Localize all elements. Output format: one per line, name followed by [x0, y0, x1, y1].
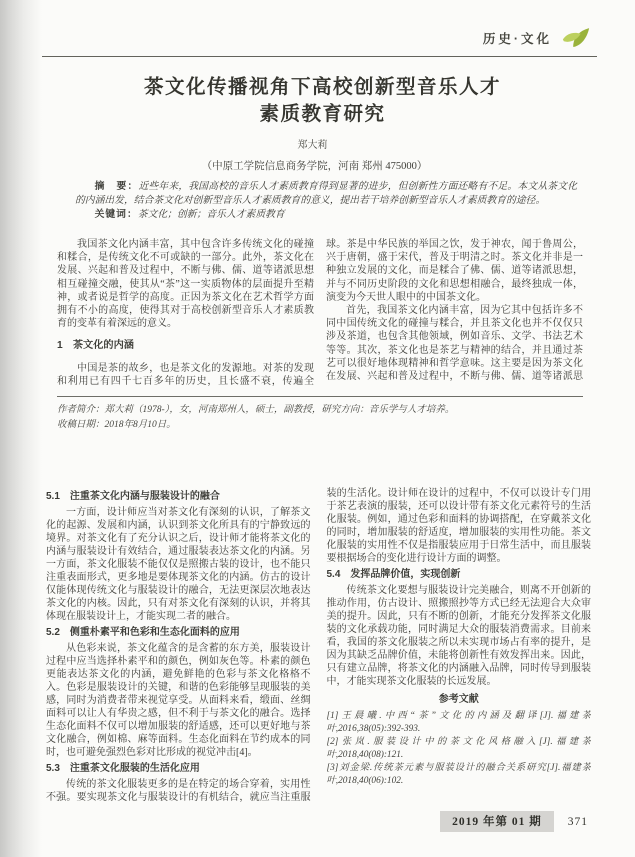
- section-5-1-text: 一方面，设计师应当对茶文化有深刻的认识，了解茶文化的起源、发展和内涵，认识到茶文…: [46, 506, 311, 623]
- section-1-heading: 1 茶文化的内涵: [57, 339, 314, 352]
- received-date: 收稿日期：2018年8月10日。: [57, 418, 583, 433]
- title-line-1: 茶文化传播视角下高校创新型音乐人才: [144, 77, 501, 98]
- section-5-4-text: 传统茶文化要想与服装设计完美融合，则离不开创新的推动作用，仿古设计、照搬照抄等方…: [327, 584, 592, 688]
- title-line-2: 素质教育研究: [259, 104, 385, 125]
- body-paragraph: 我国茶文化内涵丰富，其中包含许多传统文化的碰撞和糅合，是传统文化不可或缺的一部分…: [57, 238, 314, 330]
- page-number: 371: [568, 816, 588, 828]
- header-divider: [42, 56, 597, 57]
- keywords-text: 茶文化；创新；音乐人才素质教育: [138, 209, 285, 220]
- page-header: 历史·文化: [483, 27, 591, 48]
- section-5-3-heading: 5.3 注重茶文化服装的生活化应用: [46, 762, 311, 775]
- keywords-label: 关键词：: [95, 209, 138, 220]
- author-bio: 作者简介：郑大莉（1978-），女，河南郑州人，硕士，副教授，研究方向：音乐学与…: [57, 403, 583, 418]
- section-5-2-heading: 5.2 侧重朴素平和色彩和生态化面料的应用: [46, 626, 311, 639]
- abstract-block: 摘 要：近些年来，我国高校的音乐人才素质教育得到显著的进步，但创新性方面还略有不…: [75, 180, 577, 222]
- keywords: 关键词：茶文化；创新；音乐人才素质教育: [75, 208, 577, 222]
- leaf-icon: [561, 27, 591, 48]
- second-article-body: 5.1 注重茶文化内涵与服装设计的融合 一方面，设计师应当对茶文化有深刻的认识，…: [46, 487, 591, 809]
- abstract-text: 近些年来，我国高校的音乐人才素质教育得到显著的进步，但创新性方面还略有不足。本文…: [75, 181, 577, 206]
- references-title: 参考文献: [327, 693, 592, 706]
- page-edge-shadow: [0, 0, 42, 857]
- page-footer: 2019 年第 01 期 371: [440, 811, 588, 832]
- reference-item: [2]张岚.服装设计中的茶文化风格融入[J].福建茶叶,2018,40(08):…: [327, 736, 592, 761]
- section-5-1-heading: 5.1 注重茶文化内涵与服装设计的融合: [46, 490, 311, 503]
- section-5-4-heading: 5.4 发挥品牌价值，实现创新: [327, 568, 592, 581]
- issue-badge: 2019 年第 01 期: [440, 811, 554, 832]
- affiliation: （中原工学院信息商务学院，河南 郑州 475000）: [0, 158, 629, 173]
- footnote: 作者简介：郑大莉（1978-），女，河南郑州人，硕士，副教授，研究方向：音乐学与…: [57, 396, 583, 432]
- author-name: 郑大莉: [0, 136, 625, 151]
- article-title: 茶文化传播视角下高校创新型音乐人才 素质教育研究: [60, 74, 585, 128]
- reference-item: [1]王晨曦.中西“茶”文化的内涵及翻译[J].福建茶叶,2016,38(05)…: [327, 710, 592, 735]
- abstract: 摘 要：近些年来，我国高校的音乐人才素质教育得到显著的进步，但创新性方面还略有不…: [75, 180, 577, 208]
- abstract-label: 摘 要：: [95, 181, 139, 192]
- reference-item: [3]刘金梁.传统茶元素与服装设计的融合关系研究[J].福建茶叶,2018,40…: [327, 762, 592, 787]
- journal-page: 历史·文化 茶文化传播视角下高校创新型音乐人才 素质教育研究 郑大莉 （中原工学…: [0, 0, 635, 857]
- article-body: 我国茶文化内涵丰富，其中包含许多传统文化的碰撞和糅合，是传统文化不可或缺的一部分…: [57, 238, 583, 396]
- section-5-2-text: 从色彩来说，茶文化蕴含的是含蓄的东方美，服装设计过程中应当选择朴素平和的颜色，例…: [46, 642, 311, 759]
- column-category-label: 历史·文化: [483, 29, 552, 47]
